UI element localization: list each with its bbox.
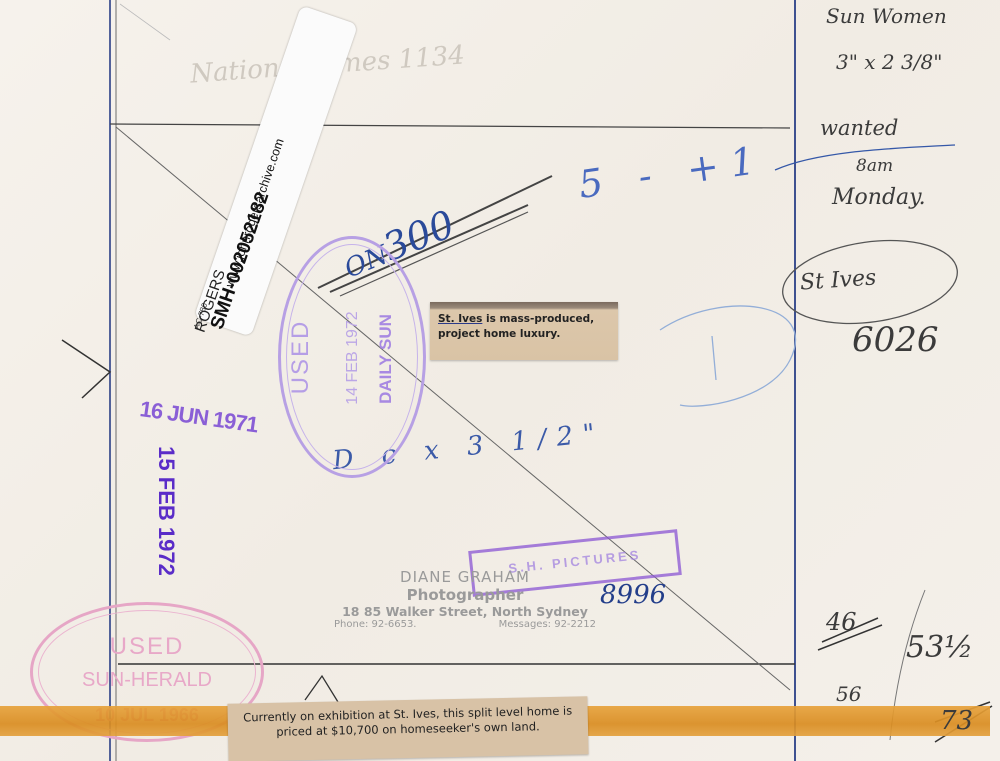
stamp-date-text: 14 FEB 1972 [344, 298, 362, 418]
margin-value: 53½ [906, 630, 973, 665]
note-sun-women: Sun Women [826, 4, 947, 28]
stamp-used-daily-sun: USED 14 FEB 1972 DAILY SUN [278, 236, 426, 478]
clipping-caption-exhibition: Currently on exhibition at St. Ives, thi… [227, 696, 588, 761]
clipping-caption-mass-produced: St. Ives is mass-produced, project home … [430, 302, 618, 360]
stamp-paper-text: DAILY SUN [376, 304, 396, 414]
note-wanted: wanted [820, 116, 898, 140]
photographer-phone: Phone: 92-6653. [334, 619, 417, 630]
photographer-name: DIANE GRAHAM [330, 568, 600, 586]
note-st-ives-circled: St Ives [799, 265, 877, 295]
stamp-used-text: USED [287, 307, 315, 407]
margin-crossed-1: 46 [826, 608, 857, 636]
photographer-address: 18 85 Walker Street, North Sydney [330, 604, 600, 619]
herald-paper-text: SUN-HERALD [33, 669, 261, 692]
note-size: 3" x 2 3/8" [836, 50, 942, 74]
note-monday: Monday. [832, 185, 926, 210]
margin-crossed-2: 56 [836, 682, 861, 706]
note-6026: 6026 [852, 320, 939, 360]
clipping-highlight: St. Ives [438, 313, 482, 325]
margin-crossed-3: 73 [940, 706, 973, 736]
note-8996: 8996 [600, 580, 666, 610]
photographer-imprint: DIANE GRAHAM Photographer 18 85 Walker S… [330, 568, 600, 630]
note-8am: 8am [856, 156, 893, 176]
photographer-title: Photographer [330, 586, 600, 604]
date-stamp-feb-1972: 15 FEB 1972 [153, 441, 179, 581]
herald-used-text: USED [33, 633, 261, 661]
photographer-messages: Messages: 92-2212 [499, 619, 596, 630]
